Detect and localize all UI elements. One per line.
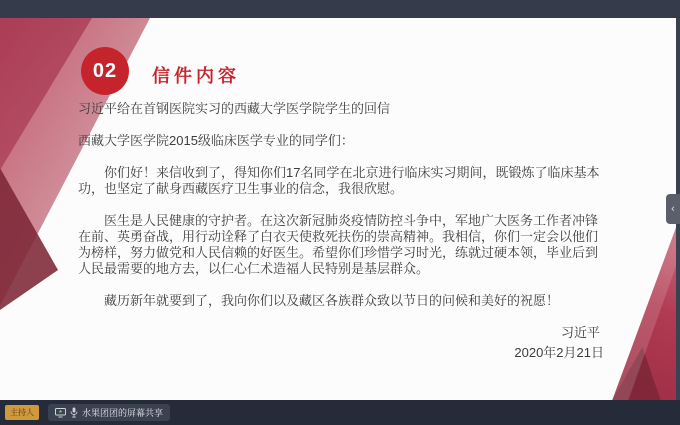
letter-body: 习近平给在首钢医院实习的西藏大学医学院学生的回信 西藏大学医学院2015级临床医… [78,101,606,361]
panel-collapse-handle[interactable]: ‹ [666,194,680,224]
screen-share-label: 水果团团的屏幕共享 [82,406,163,419]
decoration-triangle [606,224,676,400]
decoration-triangle [606,224,676,400]
letter-date: 2020年2月21日 [78,345,604,361]
slide-corner-decoration-bottom-right [606,224,676,400]
chevron-left-icon: ‹ [671,203,675,215]
meeting-status-bar: 主持人 水果团团的屏幕共享 [0,400,680,425]
letter-salutation: 西藏大学医学院2015级临床医学专业的同学们： [78,133,606,149]
letter-paragraph: 医生是人民健康的守护者。在这次新冠肺炎疫情防控斗争中，军地广大医务工作者冲锋在前… [78,213,606,277]
letter-paragraph: 藏历新年就要到了，我向你们以及藏区各族群众致以节日的问候和美好的祝愿！ [78,293,606,309]
letter-signature: 习近平 [78,325,600,341]
decoration-triangle [606,224,676,400]
letter-paragraph: 你们好！来信收到了，得知你们17名同学在北京进行临床实习期间，既锻炼了临床基本功… [78,165,606,197]
slide-title: 信件内容 [152,62,240,88]
window-top-bar [0,0,680,18]
section-number-badge: 02 [81,47,129,95]
screen-share-icon [55,408,66,418]
section-number: 02 [93,60,117,83]
letter-subtitle: 习近平给在首钢医院实习的西藏大学医学院学生的回信 [78,101,606,117]
screen-share-status[interactable]: 水果团团的屏幕共享 [48,404,170,421]
host-badge: 主持人 [5,405,39,420]
microphone-icon [70,407,78,418]
screen-share-window: 02 信件内容 习近平给在首钢医院实习的西藏大学医学院学生的回信 西藏大学医学院… [0,0,680,425]
